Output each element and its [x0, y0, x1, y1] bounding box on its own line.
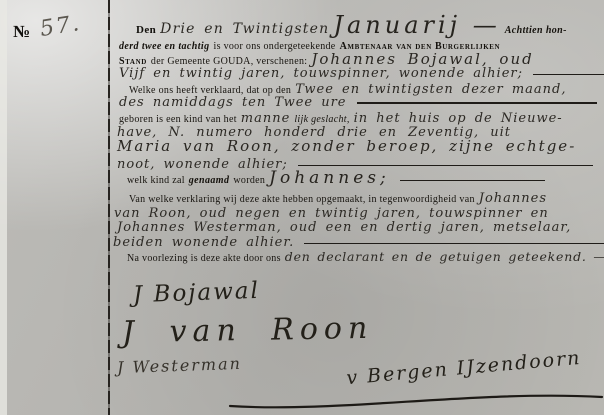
- printed-segment: genaamd: [189, 175, 230, 186]
- handwritten-segment: Drie en Twintigsten: [160, 21, 329, 37]
- ink-rule: [357, 99, 597, 104]
- ink-rule: [298, 162, 593, 166]
- handwritten-segment: Maria van Roon, zonder beroep, zijne ech…: [117, 137, 576, 155]
- handwritten-segment: Johannes;: [269, 168, 390, 188]
- signature-witness-2: J Westerman: [117, 354, 242, 377]
- printed-segment: Den: [136, 24, 156, 36]
- handwritten-segment: des namiddags ten Twee ure: [119, 95, 347, 110]
- act-number-label: №: [13, 22, 31, 42]
- signature-witness-1: J van Roon: [122, 311, 374, 350]
- act-line-6: des namiddags ten Twee ure: [119, 94, 597, 110]
- column-rule: [108, 0, 110, 415]
- ink-rule: [304, 240, 604, 244]
- handwritten-segment: Johannes: [479, 191, 547, 206]
- handwritten-segment: Vijf en twintig jaren, touwspinner, wone…: [119, 66, 523, 81]
- act-number-value: 57.: [38, 11, 82, 42]
- act-line-12: Van welke verklaring wij deze akte hebbe…: [129, 190, 547, 206]
- printed-segment: derd twee en tachtig: [119, 41, 210, 52]
- act-line-16: Na voorlezing is deze akte door ons den …: [127, 249, 604, 265]
- act-line-14: Johannes Westerman, oud een en dertig ja…: [117, 219, 571, 235]
- handwritten-segment: den declarant en de getuigen geteekend. …: [285, 249, 604, 264]
- signature-registrar: v Bergen IJzendoorn: [345, 347, 582, 389]
- ink-rule: [400, 177, 545, 181]
- act-line-4: Vijf en twintig jaren, touwspinner, wone…: [119, 65, 604, 81]
- printed-segment: Van welke verklaring wij deze akte hebbe…: [129, 194, 475, 205]
- handwritten-segment: Johannes Westerman, oud een en dertig ja…: [117, 220, 571, 235]
- signature-declarant: J Bojawal: [133, 278, 261, 308]
- handwritten-segment: beiden wonende alhier.: [113, 235, 294, 250]
- ink-rule: [533, 71, 604, 75]
- handwritten-segment: Januarij —: [333, 11, 500, 39]
- scan-edge: [0, 0, 7, 415]
- printed-segment: Achttien hon-: [505, 25, 567, 36]
- act-line-11: welk kind zal genaamd worden Johannes;: [127, 170, 545, 187]
- act-line-15: beiden wonende alhier.: [113, 234, 604, 250]
- document-scan: № 57. Den Drie en Twintigsten Januarij —…: [0, 0, 604, 415]
- registrar-flourish: [228, 388, 604, 414]
- printed-segment: welk kind zal: [127, 175, 185, 186]
- act-line-1: Den Drie en Twintigsten Januarij — Achtt…: [136, 13, 567, 37]
- act-line-9: Maria van Roon, zonder beroep, zijne ech…: [117, 139, 576, 155]
- printed-segment: Na voorlezing is deze akte door ons: [127, 253, 281, 264]
- printed-segment: worden: [233, 175, 265, 186]
